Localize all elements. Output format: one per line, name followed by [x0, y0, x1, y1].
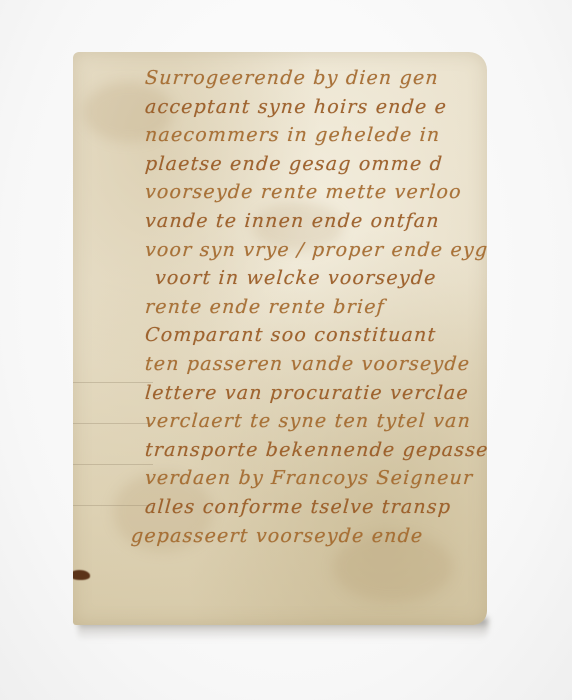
- text-line: rente ende rente brief: [144, 293, 487, 322]
- ghost-line: [73, 423, 153, 424]
- text-line: vande te innen ende ontfan: [144, 207, 487, 236]
- text-line: alles conforme tselve transp: [144, 493, 487, 522]
- text-line: naecommers in gehelede in: [144, 121, 487, 150]
- ghost-line: [73, 382, 153, 383]
- faint-show-through-lines: [73, 382, 153, 582]
- ghost-line: [73, 464, 153, 465]
- text-line: voorseyde rente mette verloo: [144, 178, 487, 207]
- text-line: Surrogeerende by dien gen: [144, 64, 487, 93]
- text-line: gepasseert voorseyde ende: [130, 522, 487, 551]
- text-line: lettere van procuratie verclae: [144, 379, 487, 408]
- text-line: plaetse ende gesag omme d: [144, 150, 487, 179]
- text-line: ten passeren vande voorseyde: [144, 350, 487, 379]
- text-line: verclaert te syne ten tytel van: [144, 407, 487, 436]
- handwritten-text: Surrogeerende by dien gen acceptant syne…: [145, 64, 487, 550]
- text-line: voor syn vrye / proper ende eygh: [144, 236, 487, 265]
- text-line: Comparant soo constituant: [144, 321, 487, 350]
- text-line: voort in welcke voorseyde: [144, 264, 487, 293]
- rust-spot: [73, 570, 90, 580]
- ghost-line: [73, 505, 153, 506]
- text-line: verdaen by Francoys Seigneur: [144, 464, 487, 493]
- text-line: acceptant syne hoirs ende e: [144, 93, 487, 122]
- parchment-document: Surrogeerende by dien gen acceptant syne…: [73, 52, 487, 625]
- text-line: transporte bekennende gepasse: [144, 436, 487, 465]
